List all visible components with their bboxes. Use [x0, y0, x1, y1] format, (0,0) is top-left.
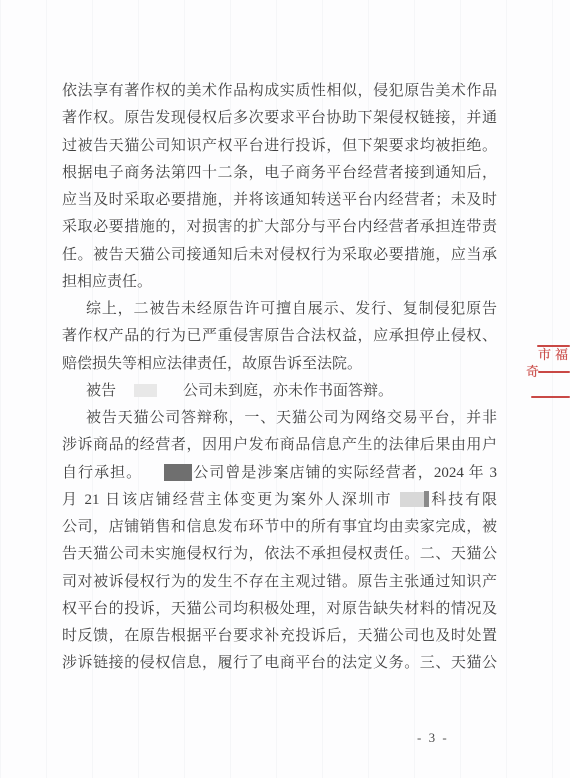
text-run: 任。被告天猫公司接通知后未对侵权行为采取必要措施，应当承 [62, 247, 497, 263]
document-line: 被告天猫公司答辩称，一、天猫公司为网络交易平台，并非 [62, 405, 497, 432]
text-run: 科技有限 [429, 492, 497, 508]
stamp-text-row1: 市福 [538, 347, 570, 362]
stamp-middle-rule [538, 371, 570, 373]
document-line: 任。被告天猫公司接通知后未对侵权行为采取必要措施，应当承 [62, 242, 497, 269]
document-line: 著作权产品的行为已严重侵害原告合法权益，应承担停止侵权、 [62, 323, 497, 350]
text-run: 应当及时采取必要措施，并将该通知转送平台内经营者；未及时 [62, 192, 497, 208]
document-line: 被告公司未到庭，亦未作书面答辩。 [62, 378, 497, 405]
text-run: 自行承担。 [62, 465, 142, 481]
text-run: 著作权产品的行为已严重侵害原告合法权益，应承担停止侵权、 [62, 328, 497, 344]
text-run: 涉诉链接的侵权信息，履行了电商平台的法定义务。三、天猫公 [62, 655, 497, 671]
document-line: 担相应责任。 [62, 269, 497, 296]
text-run: 根据电子商务法第四十二条，电子商务平台经营者接到通知后， [62, 165, 497, 181]
text-run: 权平台的投诉，天猫公司均积极处理，对原告缺失材料的情况及 [62, 601, 497, 617]
text-run: 公司曾是涉案店铺的实际经营者，2024 年 3 [192, 465, 497, 481]
text-run: 涉诉商品的经营者，因用户发布商品信息产生的法律后果由用户 [62, 437, 497, 453]
text-run: 月 21 日该店铺经营主体变更为案外人深圳市 [62, 492, 392, 508]
redaction-gap [157, 394, 183, 395]
text-run: 著作权。原告发现侵权后多次要求平台协助下架侵权链接，并通 [62, 110, 497, 126]
document-line: 告天猫公司未实施侵权行为，依法不承担侵权责任。二、天猫公 [62, 541, 497, 568]
text-run: 时反馈，在原告根据平台要求补充投诉后，天猫公司也及时处置 [62, 628, 497, 644]
document-line: 涉诉链接的侵权信息，履行了电商平台的法定义务。三、天猫公 [62, 650, 497, 677]
text-run: 过被告天猫公司知识产权平台进行投诉，但下架要求均被拒绝。 [62, 138, 497, 154]
document-line: 应当及时采取必要措施，并将该通知转送平台内经营者；未及时 [62, 187, 497, 214]
redaction-box [134, 384, 157, 397]
redaction-gap [116, 394, 134, 395]
document-line: 时反馈，在原告根据平台要求补充投诉后，天猫公司也及时处置 [62, 623, 497, 650]
page-number: - 3 - [417, 730, 449, 746]
text-run: 被告 [86, 383, 116, 399]
text-run: 依法享有著作权的美术作品构成实质性相似，侵犯原告美术作品 [62, 83, 497, 99]
document-line: 著作权。原告发现侵权后多次要求平台协助下架侵权链接，并通 [62, 105, 497, 132]
document-line: 赔偿损失等相应法律责任，故原告诉至法院。 [62, 351, 497, 378]
document-line: 权平台的投诉，天猫公司均积极处理，对原告缺失材料的情况及 [62, 596, 497, 623]
redaction-box [164, 464, 192, 481]
document-line: 综上，二被告未经原告许可擅自展示、发行、复制侵犯原告 [62, 296, 497, 323]
redaction-gap [142, 476, 164, 477]
document-body: 依法享有著作权的美术作品构成实质性相似，侵犯原告美术作品著作权。原告发现侵权后多… [62, 78, 497, 678]
document-line: 依法享有著作权的美术作品构成实质性相似，侵犯原告美术作品 [62, 78, 497, 105]
document-line: 自行承担。公司曾是涉案店铺的实际经营者，2024 年 3 [62, 460, 497, 487]
scanned-court-document-page: 依法享有著作权的美术作品构成实质性相似，侵犯原告美术作品著作权。原告发现侵权后多… [0, 0, 570, 778]
text-run: 赔偿损失等相应法律责任，故原告诉至法院。 [62, 356, 362, 372]
text-run: 告天猫公司未实施侵权行为，依法不承担侵权责任。二、天猫公 [62, 546, 497, 562]
text-run: 司对被诉侵权行为的发生不存在主观过错。原告主张通过知识产 [62, 574, 497, 590]
text-run: 被告天猫公司答辩称，一、天猫公司为网络交易平台，并非 [86, 410, 497, 426]
document-line: 涉诉商品的经营者，因用户发布商品信息产生的法律后果由用户 [62, 432, 497, 459]
text-run: 公司未到庭，亦未作书面答辩。 [183, 383, 393, 399]
text-run: 公司，店铺销售和信息发布环节中的所有事宜均由卖家完成，被 [62, 519, 497, 535]
stamp-bottom-rule [531, 396, 570, 398]
text-run: 综上，二被告未经原告许可擅自展示、发行、复制侵犯原告 [86, 301, 497, 317]
document-line: 公司，店铺销售和信息发布环节中的所有事宜均由卖家完成，被 [62, 514, 497, 541]
redaction-gap [392, 503, 400, 504]
document-line: 根据电子商务法第四十二条，电子商务平台经营者接到通知后， [62, 160, 497, 187]
red-stamp-fragment: 市福 奇 [524, 343, 570, 401]
text-run: 采取必要措施的，对损害的扩大部分与平台内经营者承担连带责 [62, 219, 497, 235]
document-line: 司对被诉侵权行为的发生不存在主观过错。原告主张通过知识产 [62, 569, 497, 596]
document-line: 月 21 日该店铺经营主体变更为案外人深圳市科技有限 [62, 487, 497, 514]
redaction-box [400, 492, 424, 507]
document-line: 采取必要措施的，对损害的扩大部分与平台内经营者承担连带责 [62, 214, 497, 241]
document-line: 过被告天猫公司知识产权平台进行投诉，但下架要求均被拒绝。 [62, 133, 497, 160]
text-run: 担相应责任。 [62, 274, 152, 290]
